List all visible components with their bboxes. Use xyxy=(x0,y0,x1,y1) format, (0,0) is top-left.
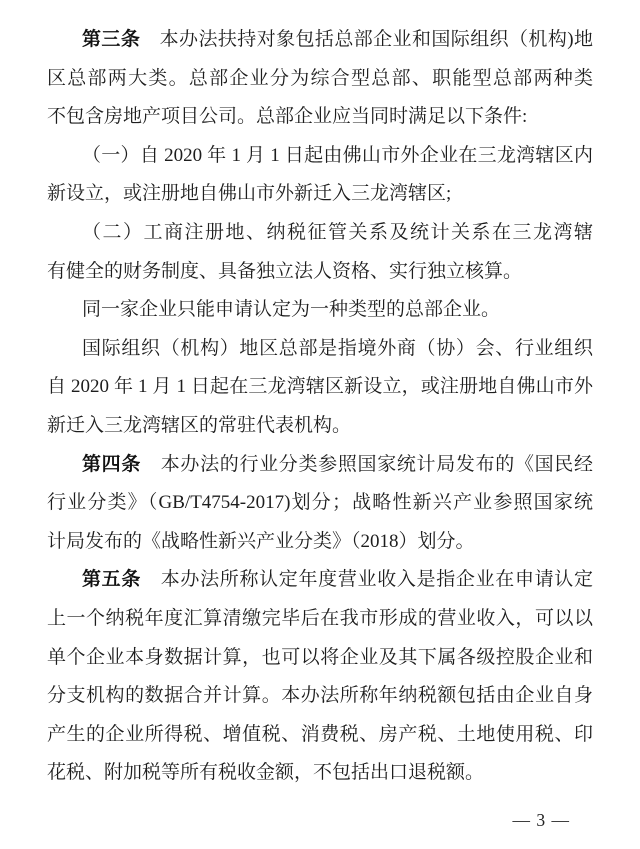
line-text: 同一家企业只能申请认定为一种类型的总部企业。 xyxy=(82,299,500,320)
article-label: 第五条 xyxy=(82,569,141,590)
line-text: 单个企业本身数据计算，也可以将企业及其下属各级控股企业和 xyxy=(47,647,593,668)
text-line: 第五条 本办法所称认定年度营业收入是指企业在申请认定 xyxy=(47,561,593,600)
line-text: 花税、附加税等所有税收金额，不包括出口退税额。 xyxy=(47,762,484,783)
line-text: （二）工商注册地、纳税征管关系及统计关系在三龙湾辖区， xyxy=(47,222,593,253)
text-line: 行业分类》（GB/T4754-2017)划分；战略性新兴产业参照国家统 xyxy=(47,484,593,523)
line-text: 本办法扶持对象包括总部企业和国际组织（机构)地 xyxy=(140,29,593,50)
line-text: 上一个纳税年度汇算清缴完毕后在我市形成的营业收入，可以以 xyxy=(47,608,593,629)
text-line: 分支机构的数据合并计算。本办法所称年纳税额包括由企业自身 xyxy=(47,677,593,716)
line-text: 产生的企业所得税、增值税、消费税、房产税、土地使用税、印 xyxy=(47,724,593,745)
text-line: 不包含房地产项目公司。总部企业应当同时满足以下条件: xyxy=(47,98,593,137)
text-line: 同一家企业只能申请认定为一种类型的总部企业。 xyxy=(47,291,593,330)
text-line: 第四条 本办法的行业分类参照国家统计局发布的《国民经济 xyxy=(47,446,593,485)
text-line: 上一个纳税年度汇算清缴完毕后在我市形成的营业收入，可以以 xyxy=(47,600,593,639)
text-line: 单个企业本身数据计算，也可以将企业及其下属各级控股企业和 xyxy=(47,639,593,678)
line-text: 国际组织（机构）地区总部是指境外商（协）会、行业组织 xyxy=(82,338,593,359)
line-text: 新设立，或注册地自佛山市外新迁入三龙湾辖区; xyxy=(47,183,451,204)
document-page: 第三条 本办法扶持对象包括总部企业和国际组织（机构)地 区总部两大类。总部企业分… xyxy=(0,0,640,849)
text-line: 国际组织（机构）地区总部是指境外商（协）会、行业组织 xyxy=(47,330,593,369)
line-text: 不包含房地产项目公司。总部企业应当同时满足以下条件: xyxy=(47,106,527,127)
line-text: 区总部两大类。总部企业分为综合型总部、职能型总部两种类型， xyxy=(47,68,593,99)
text-line: 计局发布的《战略性新兴产业分类》（2018）划分。 xyxy=(47,523,593,562)
text-line: （一）自 2020 年 1 月 1 日起由佛山市外企业在三龙湾辖区内 xyxy=(47,137,593,176)
text-line: 第三条 本办法扶持对象包括总部企业和国际组织（机构)地 xyxy=(47,21,593,60)
page-number: — 3 — xyxy=(513,806,571,834)
line-text: 有健全的财务制度、具备独立法人资格、实行独立核算。 xyxy=(47,261,522,282)
text-line: 新迁入三龙湾辖区的常驻代表机构。 xyxy=(47,407,593,446)
article-label: 第三条 xyxy=(82,29,140,50)
line-text: 行业分类》（GB/T4754-2017)划分；战略性新兴产业参照国家统 xyxy=(47,492,593,513)
line-text: （一）自 2020 年 1 月 1 日起由佛山市外企业在三龙湾辖区内 xyxy=(82,145,593,166)
line-text: 计局发布的《战略性新兴产业分类》（2018）划分。 xyxy=(47,531,475,552)
text-line: 有健全的财务制度、具备独立法人资格、实行独立核算。 xyxy=(47,253,593,292)
text-line: 花税、附加税等所有税收金额，不包括出口退税额。 xyxy=(47,754,593,793)
line-text: 分支机构的数据合并计算。本办法所称年纳税额包括由企业自身 xyxy=(47,685,593,706)
text-line: 新设立，或注册地自佛山市外新迁入三龙湾辖区; xyxy=(47,175,593,214)
text-line: 自 2020 年 1 月 1 日起在三龙湾辖区新设立，或注册地自佛山市外 xyxy=(47,368,593,407)
line-text: 自 2020 年 1 月 1 日起在三龙湾辖区新设立，或注册地自佛山市外 xyxy=(47,376,593,397)
article-label: 第四条 xyxy=(82,454,141,475)
document-body: 第三条 本办法扶持对象包括总部企业和国际组织（机构)地 区总部两大类。总部企业分… xyxy=(47,21,593,793)
text-line: 区总部两大类。总部企业分为综合型总部、职能型总部两种类型， xyxy=(47,60,593,99)
line-text: 新迁入三龙湾辖区的常驻代表机构。 xyxy=(47,415,351,436)
text-line: （二）工商注册地、纳税征管关系及统计关系在三龙湾辖区， xyxy=(47,214,593,253)
text-line: 产生的企业所得税、增值税、消费税、房产税、土地使用税、印 xyxy=(47,716,593,755)
line-text: 本办法所称认定年度营业收入是指企业在申请认定 xyxy=(141,569,593,590)
